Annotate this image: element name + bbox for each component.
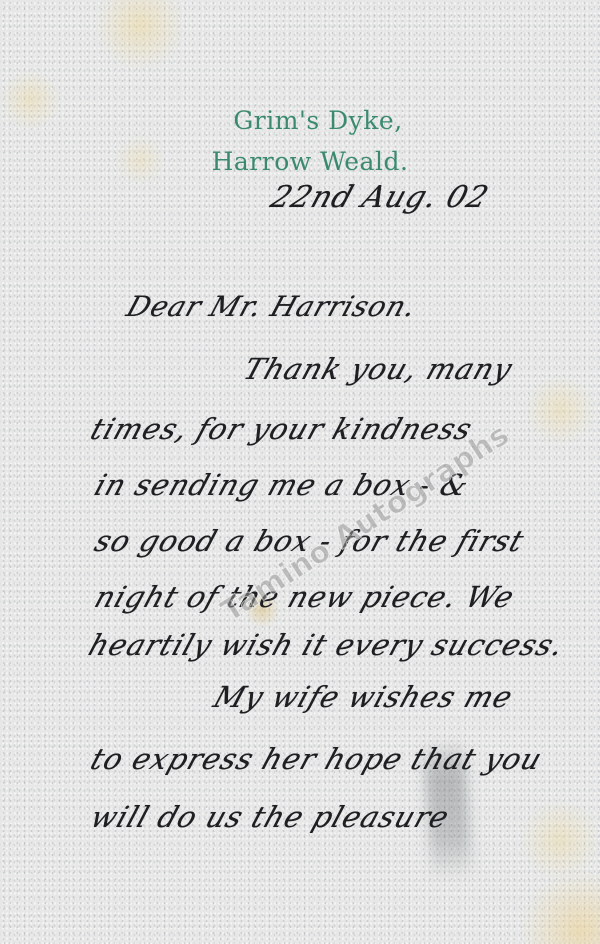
body-line: times, for your kindness [86, 412, 477, 446]
letterhead-line-1: Grim's Dyke, [18, 106, 600, 135]
body-line: night of the new piece. We [90, 580, 519, 614]
body-line: Thank you, many [239, 352, 517, 386]
body-line: My wife wishes me [209, 680, 517, 714]
body-line: to express her hope that you [86, 742, 546, 776]
letterhead-line-2: Harrow Weald. [10, 147, 600, 176]
letter-page: Grim's Dyke, Harrow Weald. 22nd Aug. 02 … [0, 0, 600, 944]
body-line: will do us the pleasure [86, 800, 454, 834]
body-line: heartily wish it every success. [84, 628, 568, 662]
letter-salutation: Dear Mr. Harrison. [123, 290, 422, 323]
letter-date: 22nd Aug. 02 [266, 180, 493, 215]
